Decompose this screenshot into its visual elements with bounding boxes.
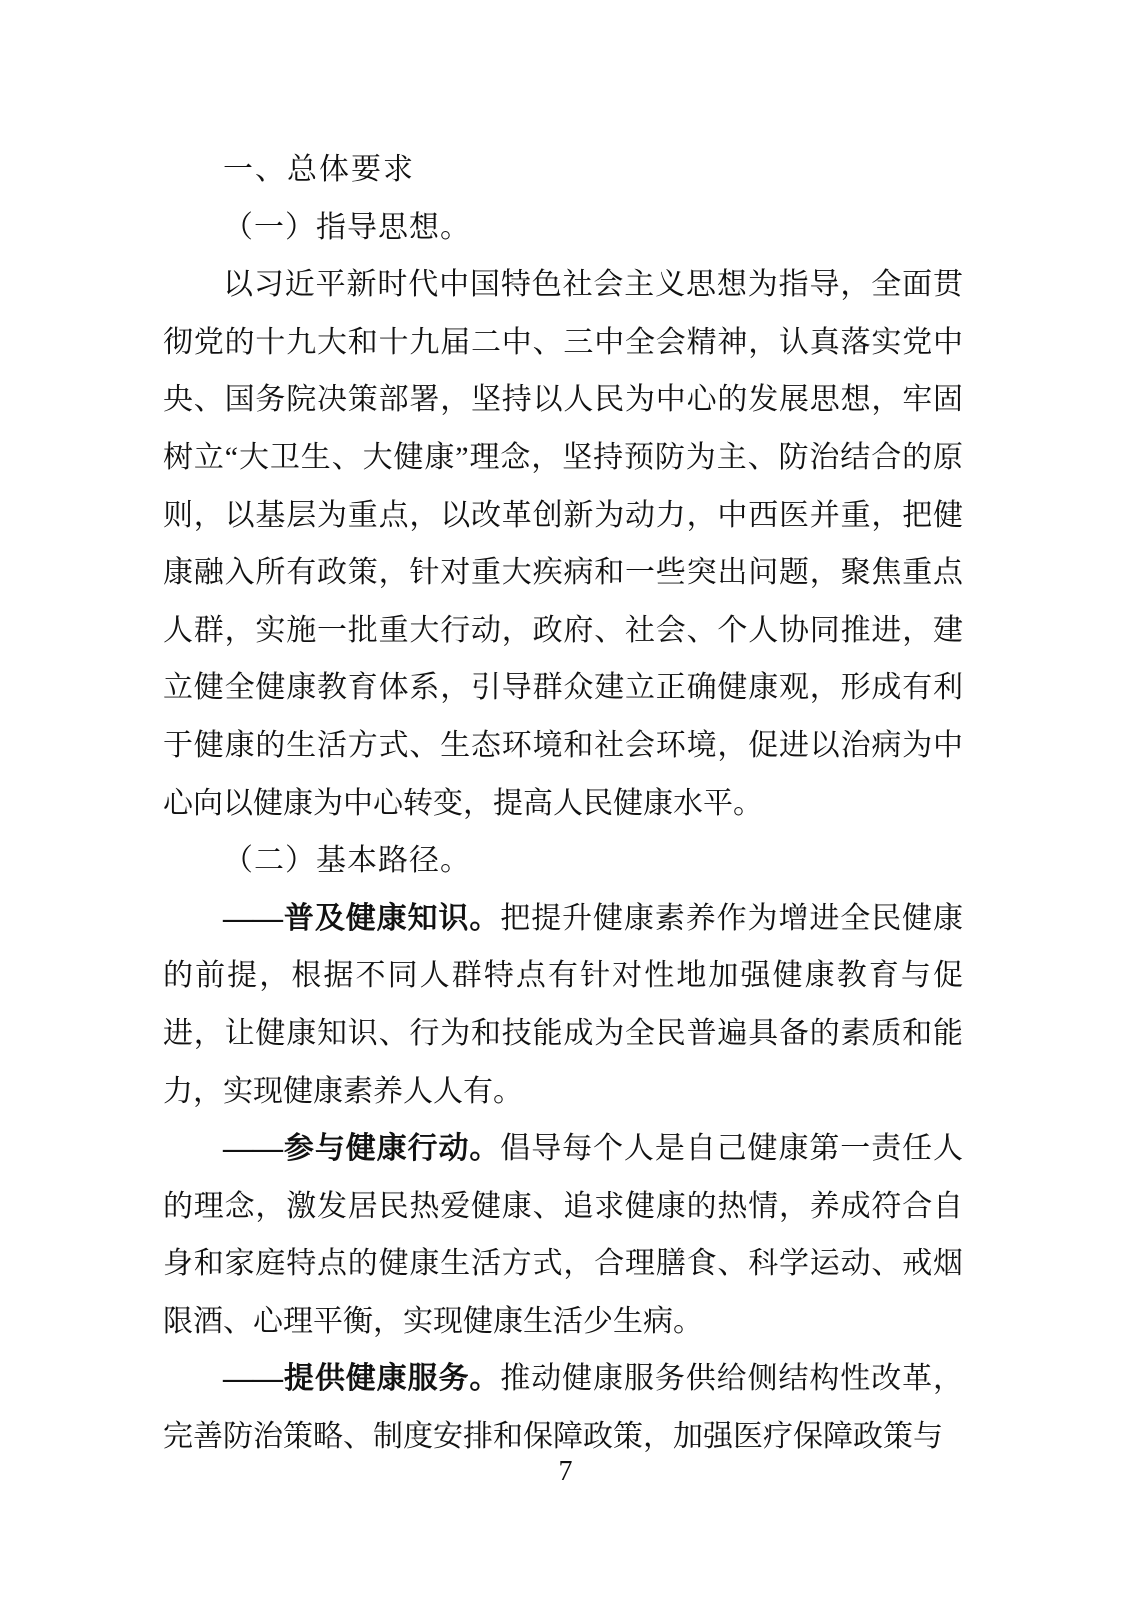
paragraph-participate-health-action: ——参与健康行动。倡导每个人是自己健康第一责任人的理念，激发居民热爱健康、追求健…	[163, 1120, 963, 1350]
run-in-heading-popularize-health-knowledge: ——普及健康知识。	[223, 902, 500, 935]
paragraph-popularize-health-knowledge: ——普及健康知识。把提升健康素养作为增进全民健康的前提，根据不同人群特点有针对性…	[163, 890, 963, 1120]
section-heading-overall-requirements: 一、总体要求	[163, 141, 963, 199]
run-in-heading-provide-health-services: ——提供健康服务。	[223, 1362, 500, 1395]
paragraph-guiding-ideology: 以习近平新时代中国特色社会主义思想为指导，全面贯彻党的十九大和十九届二中、三中全…	[163, 256, 963, 832]
document-content: 一、总体要求 （一）指导思想。 以习近平新时代中国特色社会主义思想为指导，全面贯…	[163, 141, 963, 1466]
page-number: 7	[0, 1452, 1131, 1492]
run-in-heading-participate-health-action: ——参与健康行动。	[223, 1132, 500, 1165]
paragraph-provide-health-services: ——提供健康服务。推动健康服务供给侧结构性改革，完善防治策略、制度安排和保障政策…	[163, 1350, 963, 1465]
document-page: 一、总体要求 （一）指导思想。 以习近平新时代中国特色社会主义思想为指导，全面贯…	[0, 0, 1131, 1600]
subsection-heading-basic-path: （二）基本路径。	[163, 832, 963, 890]
subsection-heading-guiding-ideology: （一）指导思想。	[163, 199, 963, 257]
